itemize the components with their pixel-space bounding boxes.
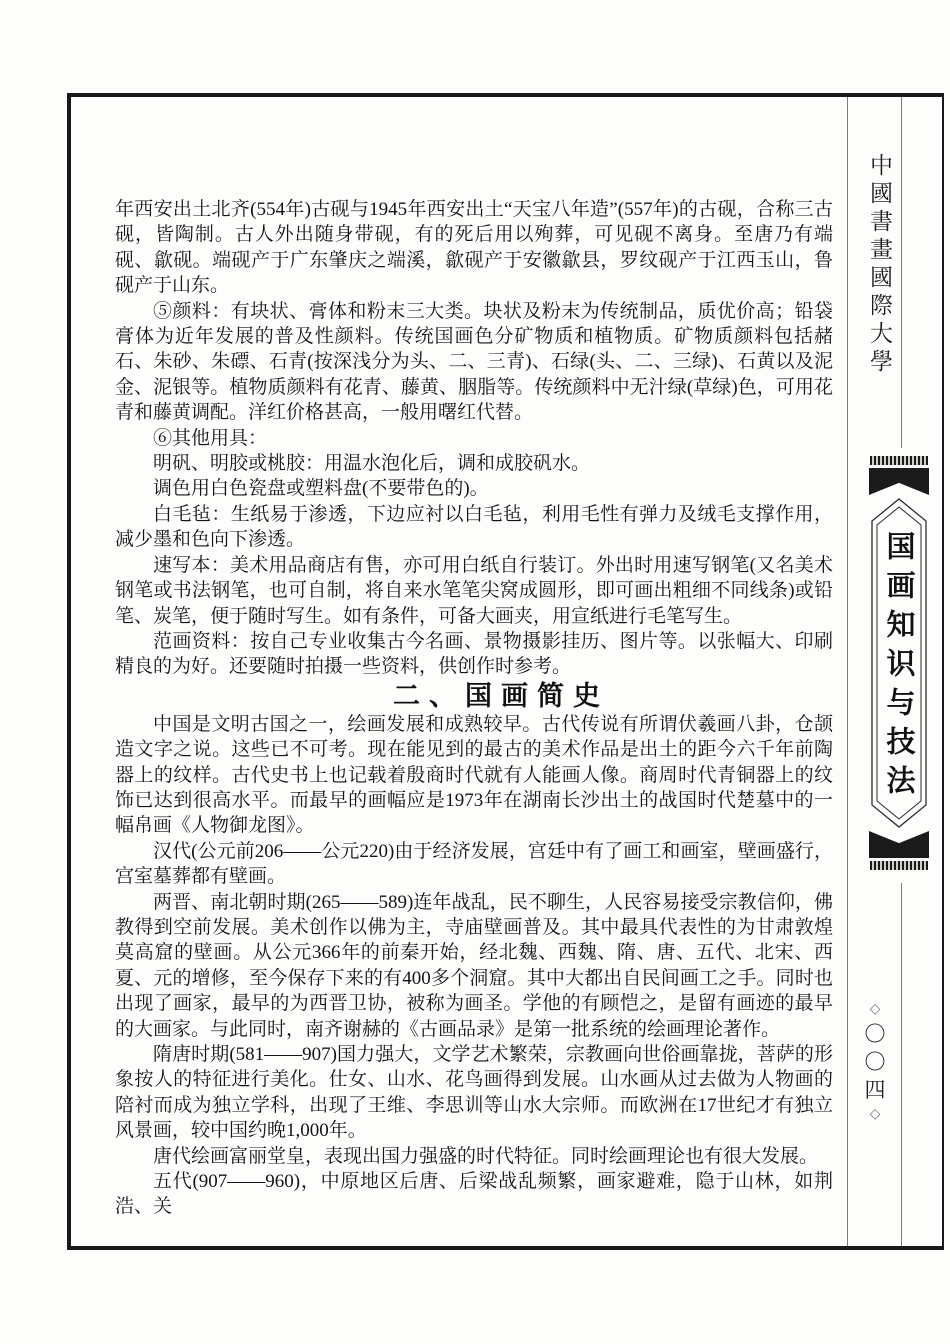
sidebar-divider-right-lower [901,883,902,1246]
cartouche-ribbon-top [869,468,929,495]
paragraph: 年西安出土北齐(554年)古砚与1945年西安出土“天宝八年造”(557年)的古… [115,197,833,299]
paragraph: 隋唐时期(581——907)国力强大，文学艺术繁荣，宗教画向世俗画靠拢，菩萨的形… [115,1042,833,1144]
title-cartouche: 国画知识与技法 [869,456,929,870]
paragraph: 唐代绘画富丽堂皇，表现出国力强盛的时代特征。同时绘画理论也有很大发展。 [115,1144,833,1169]
institution-name-vertical: 中國書畫國際大學 [863,153,896,483]
paragraph: ⑥其他用具： [115,426,833,451]
paragraph: 明矾、明胶或桃胶：用温水泡化后，调和成胶矾水。 [115,451,833,476]
cartouche-stripe-bottom [870,861,928,870]
section-heading: 二、国画简史 [115,680,833,712]
folio-digit: 〇 [865,1024,886,1045]
cartouche-ribbon-bottom [869,831,929,858]
cartouche-hexagon: 国画知识与技法 [869,497,929,829]
folio-digit: 〇 [865,1052,886,1073]
paragraph: 中国是文明古国之一，绘画发展和成熟较早。古代传说有所谓伏羲画八卦，仓颉造文字之说… [115,712,833,839]
diamond-ornament-icon: ◇ [870,1003,881,1017]
cartouche-stripe-top [870,456,928,465]
page-number-vertical: ◇ 〇 〇 四 ◇ [860,1003,890,1122]
paragraph: 两晋、南北朝时期(265——589)连年战乱，民不聊生，人民容易接受宗教信仰，佛… [115,890,833,1042]
folio-digit: 四 [865,1080,886,1101]
sidebar-divider-right-upper [901,97,902,448]
paragraph: 范画资料：按自己专业收集古今名画、景物摄影挂历、图片等。以张幅大、印刷精良的为好… [115,629,833,680]
paragraph: 白毛毡：生纸易于渗透，下边应衬以白毛毡，利用毛性有弹力及绒毛支撑作用，减少墨和色… [115,502,833,553]
book-title-vertical: 国画知识与技法 [879,531,920,804]
page-frame: 年西安出土北齐(554年)古砚与1945年西安出土“天宝八年造”(557年)的古… [67,93,944,1250]
sidebar-divider-left [847,97,848,1246]
diamond-ornament-icon: ◇ [870,1108,881,1122]
paragraph: 速写本：美术用品商店有售，亦可用白纸自行装订。外出时用速写钢笔(又名美术钢笔或书… [115,553,833,629]
paragraph: ⑤颜料：有块状、膏体和粉末三大类。块状及粉末为传统制品，质优价高；铅袋膏体为近年… [115,299,833,426]
paragraph: 五代(907——960)，中原地区后唐、后梁战乱频繁，画家避难，隐于山林，如荆浩… [115,1169,833,1220]
paragraph: 调色用白色瓷盘或塑料盘(不要带色的)。 [115,476,833,501]
paragraph: 汉代(公元前206——公元220)由于经济发展，宫廷中有了画工和画室，壁画盛行，… [115,839,833,890]
main-text-column: 年西安出土北齐(554年)古砚与1945年西安出土“天宝八年造”(557年)的古… [115,197,833,1220]
scanned-book-page: { "page": { "paper_color": "#fdfdfb", "i… [0,0,950,1344]
